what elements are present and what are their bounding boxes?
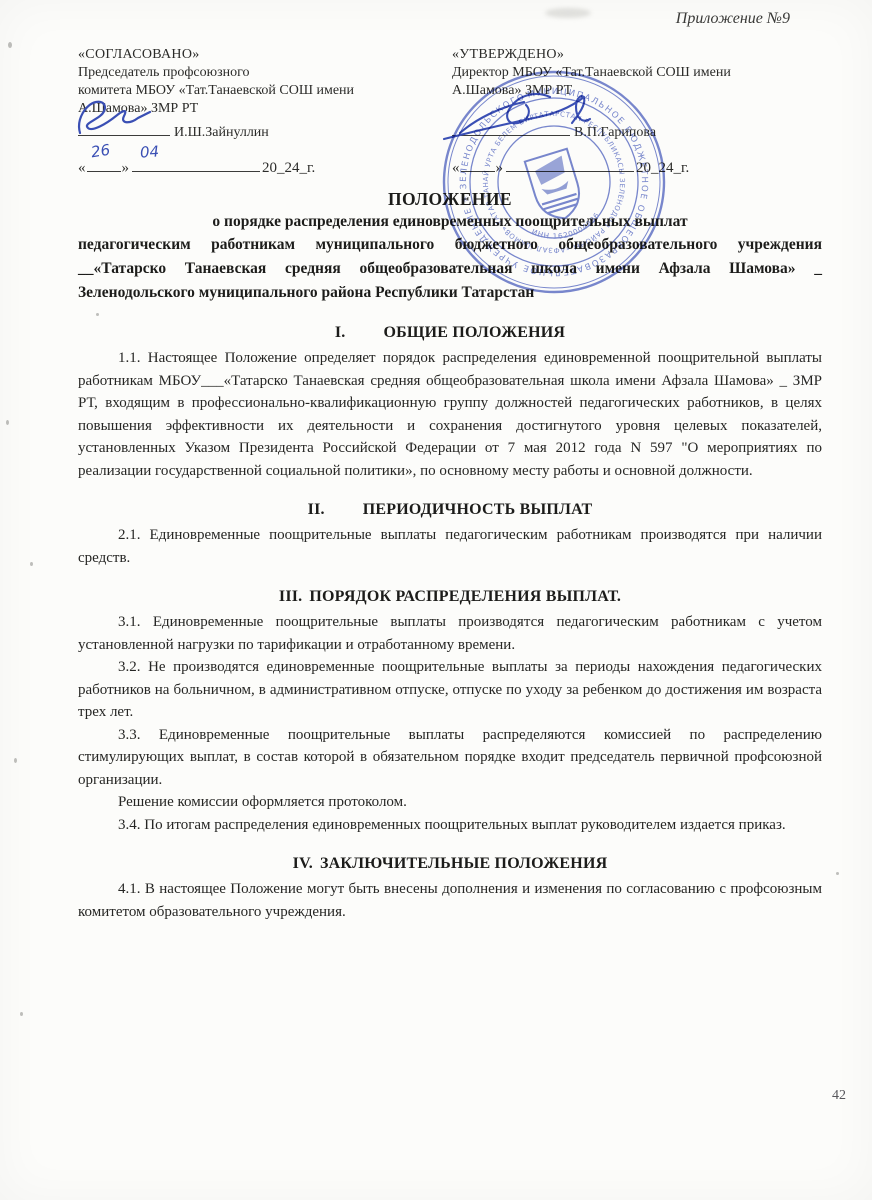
- page-number: 42: [832, 1088, 846, 1104]
- signature-blank: [452, 121, 570, 136]
- agreed-block: «СОГЛАСОВАНО» Председатель профсоюзного …: [78, 46, 452, 179]
- approval-row: «СОГЛАСОВАНО» Председатель профсоюзного …: [78, 46, 822, 179]
- document-title: ПОЛОЖЕНИЕ: [78, 189, 822, 210]
- paragraph-commission-decision: Решение комиссии оформляется протоколом.: [78, 791, 822, 814]
- paragraph-2-1: 2.1. Единовременные поощрительные выплат…: [78, 524, 822, 569]
- paragraph-1-1: 1.1. Настоящее Положение определяет поря…: [78, 347, 822, 482]
- quote-open: «: [78, 160, 86, 176]
- section-3-heading: III. ПОРЯДОК РАСПРЕДЕЛЕНИЯ ВЫПЛАТ.: [78, 588, 822, 606]
- agreed-heading: «СОГЛАСОВАНО»: [78, 46, 452, 64]
- section-number: II.: [308, 501, 325, 519]
- date-day-blank: 26: [87, 157, 121, 172]
- scan-speck: [96, 313, 99, 316]
- paragraph-3-4: 3.4. По итогам распределения единовремен…: [78, 814, 822, 837]
- approved-date-line: «»20_24_г.: [452, 157, 822, 179]
- agreed-date-line: «26»0420_24_г.: [78, 157, 452, 179]
- scan-speck: [6, 420, 9, 425]
- document-subtitle: о порядке распределения единовременных п…: [78, 213, 822, 231]
- signature-blank: [78, 121, 170, 136]
- date-month-blank: 04: [132, 157, 260, 172]
- document-subtitle-body: педагогическим работникам муниципального…: [78, 233, 822, 305]
- agreed-date-tail: 20_24_г.: [262, 160, 315, 176]
- approved-signer-name: В.П.Гарипова: [574, 125, 656, 140]
- date-day-blank: [461, 157, 495, 172]
- section-title: ПЕРИОДИЧНОСТЬ ВЫПЛАТ: [363, 501, 593, 519]
- section-1-heading: I. ОБЩИЕ ПОЛОЖЕНИЯ: [78, 324, 822, 342]
- section-number: IV.: [293, 855, 313, 873]
- section-title: ПОРЯДОК РАСПРЕДЕЛЕНИЯ ВЫПЛАТ.: [309, 588, 621, 606]
- handwritten-day: 26: [89, 141, 111, 162]
- approved-date-tail: 20_24_г.: [636, 160, 689, 176]
- agreed-signature-line: И.Ш.Зайнуллин: [78, 121, 452, 142]
- document-page: Приложение №9 «СОГЛАСОВАНО» Председатель…: [0, 0, 872, 1200]
- section-number: I.: [335, 324, 346, 342]
- approved-signature-line: В.П.Гарипова: [452, 121, 822, 142]
- approved-role-line: А.Шамова» ЗМР РТ: [452, 82, 822, 100]
- scan-speck: [836, 872, 839, 875]
- scan-speck: [8, 42, 12, 48]
- approved-role-line: Директор МБОУ «Тат.Танаевской СОШ имени: [452, 64, 822, 82]
- agreed-role-line: Председатель профсоюзного: [78, 64, 452, 82]
- date-month-blank: [506, 157, 634, 172]
- scan-speck: [14, 758, 17, 763]
- appendix-label: Приложение №9: [78, 10, 822, 28]
- scan-smudge: [545, 8, 591, 18]
- approved-block: «УТВЕРЖДЕНО» Директор МБОУ «Тат.Танаевск…: [452, 46, 822, 179]
- section-4-heading: IV. ЗАКЛЮЧИТЕЛЬНЫЕ ПОЛОЖЕНИЯ: [78, 855, 822, 873]
- quote-close: »: [496, 160, 504, 176]
- paragraph-3-2: 3.2. Не производятся единовременные поощ…: [78, 656, 822, 724]
- paragraph-4-1: 4.1. В настоящее Положение могут быть вн…: [78, 878, 822, 923]
- section-2-heading: II. ПЕРИОДИЧНОСТЬ ВЫПЛАТ: [78, 501, 822, 519]
- section-title: ЗАКЛЮЧИТЕЛЬНЫЕ ПОЛОЖЕНИЯ: [320, 855, 607, 873]
- section-number: III.: [279, 588, 302, 606]
- scan-speck: [20, 1012, 23, 1016]
- quote-open: «: [452, 160, 460, 176]
- agreed-signer-name: И.Ш.Зайнуллин: [174, 125, 269, 140]
- scan-speck: [30, 562, 33, 566]
- approved-heading: «УТВЕРЖДЕНО»: [452, 46, 822, 64]
- agreed-role-line: А.Шамова» ЗМР РТ: [78, 100, 452, 118]
- paragraph-3-3: 3.3. Единовременные поощрительные выплат…: [78, 724, 822, 792]
- handwritten-month: 04: [139, 142, 159, 161]
- quote-close: »: [122, 160, 130, 176]
- agreed-role-line: комитета МБОУ «Тат.Танаевской СОШ имени: [78, 82, 452, 100]
- section-title: ОБЩИЕ ПОЛОЖЕНИЯ: [383, 324, 565, 342]
- spacer: [452, 100, 822, 118]
- paragraph-3-1: 3.1. Единовременные поощрительные выплат…: [78, 611, 822, 656]
